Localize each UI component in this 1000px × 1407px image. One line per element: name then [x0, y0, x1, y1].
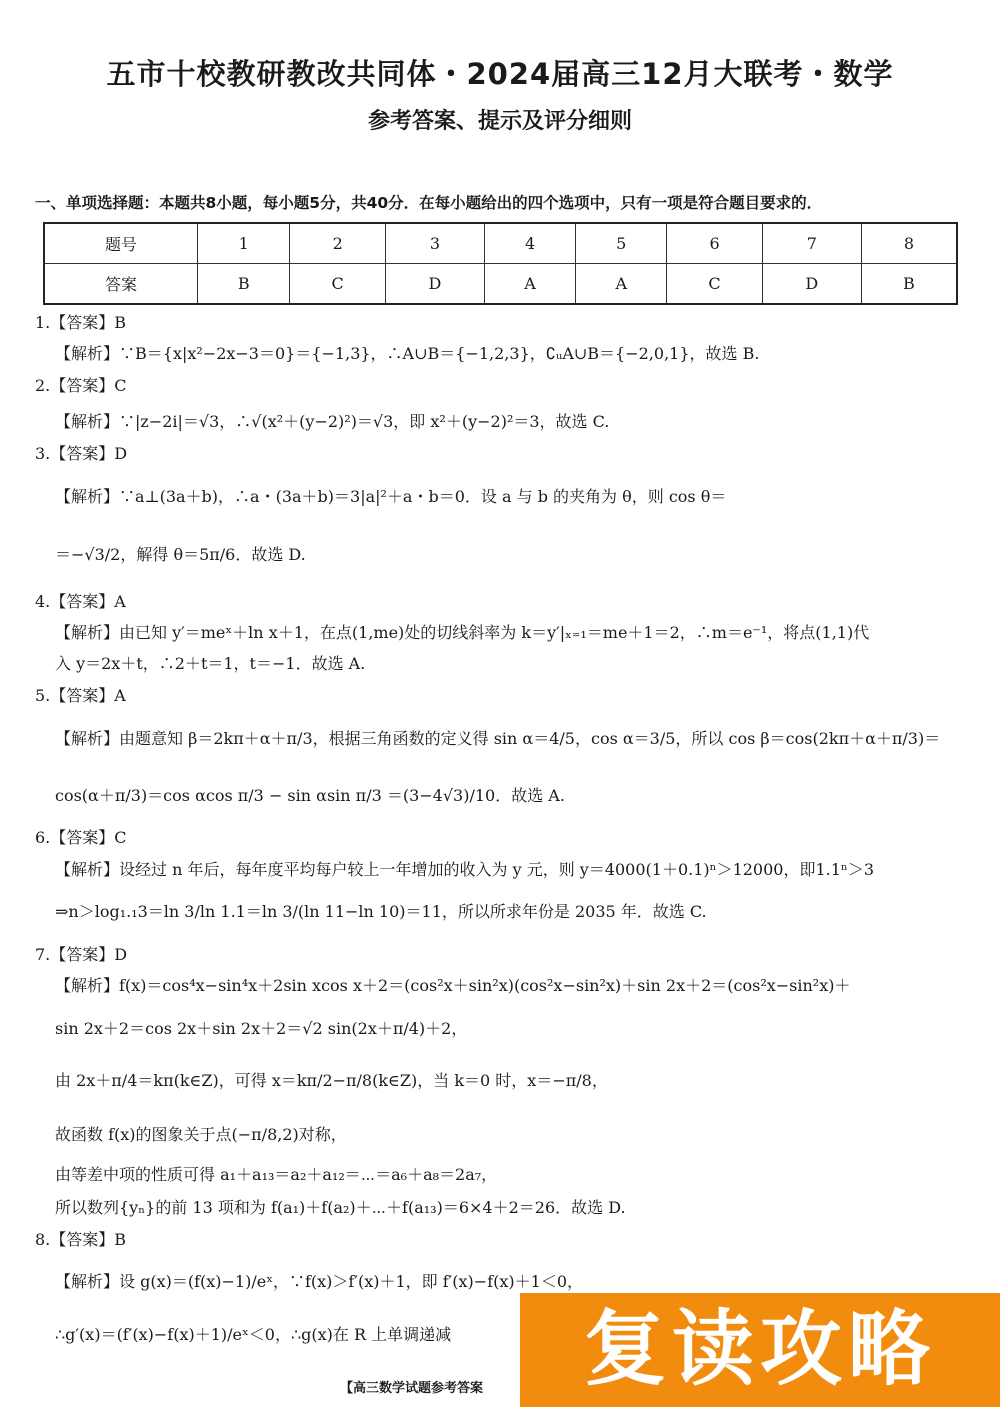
solution-line: 【解析】f(x)＝cos⁴x−sin⁴x＋2sin xcos x＋2＝(cos²…	[55, 976, 850, 996]
answer-line-8: 8.【答案】B	[35, 1230, 126, 1250]
page-subtitle: 参考答案、提示及评分细则	[0, 104, 1000, 135]
solution-line: 【解析】∵B＝{x|x²−2x−3＝0}＝{−1,3}，∴A∪B＝{−1,2,3…	[55, 344, 759, 364]
solution-line: 由等差中项的性质可得 a₁＋a₁₃＝a₂＋a₁₂＝⋯＝a₆＋a₈＝2a₇，	[55, 1165, 497, 1185]
answer-line-5: 5.【答案】A	[35, 686, 126, 706]
table-cell: 1	[198, 223, 290, 264]
answer-line-6: 6.【答案】C	[35, 828, 127, 848]
solution-line: ⇒n＞log₁.₁3＝ln 3/ln 1.1＝ln 3/(ln 11−ln 10…	[55, 902, 707, 922]
table-cell: A	[576, 264, 667, 305]
table-cell: 8	[861, 223, 957, 264]
solution-line: 所以数列{yₙ}的前 13 项和为 f(a₁)＋f(a₂)＋⋯＋f(a₁₃)＝6…	[55, 1198, 626, 1218]
solution-line: 【解析】设 g(x)＝(f(x)−1)/eˣ，∵f(x)＞f′(x)＋1，即 f…	[55, 1272, 583, 1292]
table-cell: 4	[485, 223, 576, 264]
solution-line: 入 y＝2x＋t，∴2＋t＝1，t＝−1．故选 A.	[55, 654, 365, 674]
table-cell: B	[861, 264, 957, 305]
answer-line-1: 1.【答案】B	[35, 313, 126, 333]
answer-line-7: 7.【答案】D	[35, 945, 127, 965]
solution-line: ∴g′(x)＝(f′(x)−f(x)＋1)/eˣ＜0，∴g(x)在 R 上单调递…	[55, 1325, 451, 1345]
table-row-numbers: 题号 1 2 3 4 5 6 7 8	[44, 223, 957, 264]
solution-line: 由 2x＋π/4＝kπ(k∈Z)，可得 x＝kπ/2−π/8(k∈Z)，当 k＝…	[55, 1071, 608, 1091]
solution-line: 【解析】由题意知 β＝2kπ＋α＋π/3，根据三角函数的定义得 sin α＝4/…	[55, 729, 940, 749]
answer-line-4: 4.【答案】A	[35, 592, 126, 612]
answer-line-3: 3.【答案】D	[35, 444, 127, 464]
table-cell: C	[290, 264, 385, 305]
table-cell: 5	[576, 223, 667, 264]
table-cell: D	[762, 264, 861, 305]
table-cell: 2	[290, 223, 385, 264]
table-cell: C	[667, 264, 762, 305]
solution-line: cos(α＋π/3)＝cos αcos π/3 − sin αsin π/3 ＝…	[55, 786, 565, 806]
table-cell: 6	[667, 223, 762, 264]
row-label: 答案	[44, 264, 198, 305]
solution-line: 【解析】设经过 n 年后，每年度平均每户较上一年增加的收入为 y 元，则 y＝4…	[55, 860, 874, 880]
solution-line: sin 2x＋2＝cos 2x＋sin 2x＋2＝√2 sin(2x＋π/4)＋…	[55, 1019, 467, 1039]
solution-line: 【解析】∵a⊥(3a＋b)，∴a・(3a＋b)＝3|a|²＋a・b＝0．设 a …	[55, 487, 726, 507]
page-footer: 【高三数学试题参考答案	[340, 1377, 483, 1396]
solution-line: ＝−√3/2，解得 θ＝5π/6．故选 D.	[55, 545, 306, 565]
table-cell: D	[385, 264, 484, 305]
solution-line: 【解析】由已知 y′＝meˣ＋ln x＋1，在点(1,me)处的切线斜率为 k＝…	[55, 623, 869, 643]
answer-table: 题号 1 2 3 4 5 6 7 8 答案 B C D A A C D B	[43, 222, 958, 305]
table-cell: B	[198, 264, 290, 305]
row-label: 题号	[44, 223, 198, 264]
table-row-answers: 答案 B C D A A C D B	[44, 264, 957, 305]
solution-line: 故函数 f(x)的图象关于点(−π/8,2)对称，	[55, 1125, 347, 1145]
section-heading: 一、单项选择题：本题共8小题，每小题5分，共40分．在每小题给出的四个选项中，只…	[35, 191, 975, 213]
page-title: 五市十校教研教改共同体・2024届高三12月大联考・数学	[0, 52, 1000, 93]
watermark-banner: 复读攻略	[520, 1293, 1000, 1407]
table-cell: 3	[385, 223, 484, 264]
answer-line-2: 2.【答案】C	[35, 376, 127, 396]
table-cell: 7	[762, 223, 861, 264]
solution-line: 【解析】∵|z−2i|＝√3，∴√(x²＋(y−2)²)＝√3，即 x²＋(y−…	[55, 412, 609, 432]
table-cell: A	[485, 264, 576, 305]
